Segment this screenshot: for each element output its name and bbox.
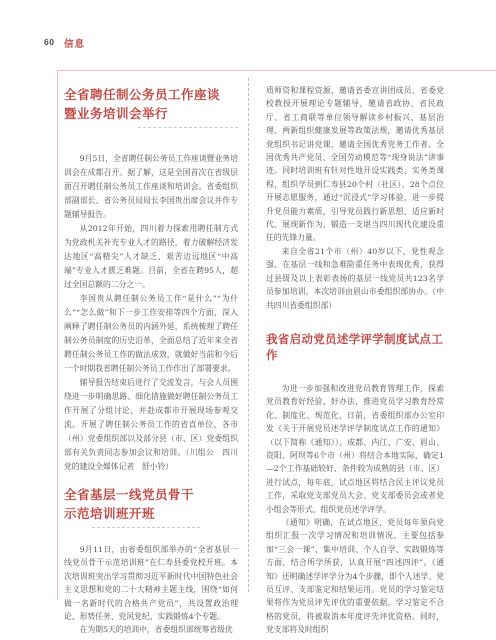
frame-top-border (57, 70, 496, 71)
article2-title: 全省基层一线党员骨干 示范培训班开班 (64, 486, 238, 524)
article2: 全省基层一线党员骨干 示范培训班开班 9月11日，由省委组织部举办的“全省基层一… (64, 486, 238, 637)
article1-paragraph: 9月5日，全省聘任制公务员工作座谈暨业务培训会在成都召开。据了解，这是全国首次在… (64, 152, 238, 222)
article1-paragraph: 辅导报告结束后进行了交流发言，与会人员围绕进一步明确思路、细化措施做好聘任制公务… (64, 376, 238, 474)
frame-left-border (57, 70, 58, 600)
section-label: 信息 (64, 36, 85, 50)
article3-paragraph: 为进一步加强和改进党员教育管理工作，探索党员教育好经验、好办法，推进党员学习教育… (266, 382, 444, 516)
column-divider-dashed-line (248, 78, 249, 592)
article2-paragraph: 在为期5天的培训中，省委组织部统筹省级优 (64, 623, 238, 636)
article3-title: 我省启动党员述学评学制度试点工作 (266, 332, 444, 364)
article1-body: 9月5日，全省聘任制公务员工作座谈暨业务培训会在成都召开。据了解，这是全国首次在… (64, 152, 238, 474)
article3-paragraph: 《通知》明确，在试点地区，党员每年须向党组织汇报一次学习情况和培训情况，主要包括… (266, 516, 444, 637)
article1-paragraph: 从2012年开始，四川着力探索用聘任制方式为党政机关补充专业人才的路径，着力破解… (64, 222, 238, 292)
article1-paragraph: 李国贵从聘任制公务员工作“是什么”“为什么”“怎么做”和下一步工作安排等四个方面… (64, 292, 238, 376)
article1-title: 全省聘任制公务员工作座谈 暨业务培训会举行 (64, 86, 238, 124)
article2-title-line1: 全省基层一线党员骨干 (64, 488, 194, 502)
article2-continuation-paragraph: 来自全省21个市（州）40岁以下、党性观念强、在基层一线和急难险重任务中表现优秀… (266, 245, 444, 312)
page-number: 60 (44, 37, 54, 47)
right-column: 质师资和课程资源，邀请省委宣讲团成员、省委党校教授开展理论专题辅导，邀请省政协、… (266, 84, 444, 637)
article1-title-line2: 暨业务培训会举行 (64, 107, 168, 121)
article2-continuation-paragraph: 质师资和课程资源，邀请省委宣讲团成员、省委党校教授开展理论专题辅导，邀请省政协、… (266, 84, 444, 245)
article2-paragraph: 9月11日，由省委组织部举办的“全省基层一线党员骨干示范培训班”在仁寿县委党校开… (64, 543, 238, 623)
article3-body: 为进一步加强和改进党员教育管理工作，探索党员教育好经验、好办法，推进党员学习教育… (266, 382, 444, 637)
article2-body: 9月11日，由省委组织部举办的“全省基层一线党员骨干示范培训班”在仁寿县委党校开… (64, 543, 238, 637)
left-column: 全省聘任制公务员工作座谈 暨业务培训会举行 9月5日，全省聘任制公务员工作座谈暨… (64, 86, 238, 637)
article2-title-underline (92, 527, 200, 528)
article1-title-line1: 全省聘任制公务员工作座谈 (64, 88, 220, 102)
article1-title-underline (138, 127, 238, 128)
article2-title-line2: 示范培训班开班 (64, 507, 155, 521)
